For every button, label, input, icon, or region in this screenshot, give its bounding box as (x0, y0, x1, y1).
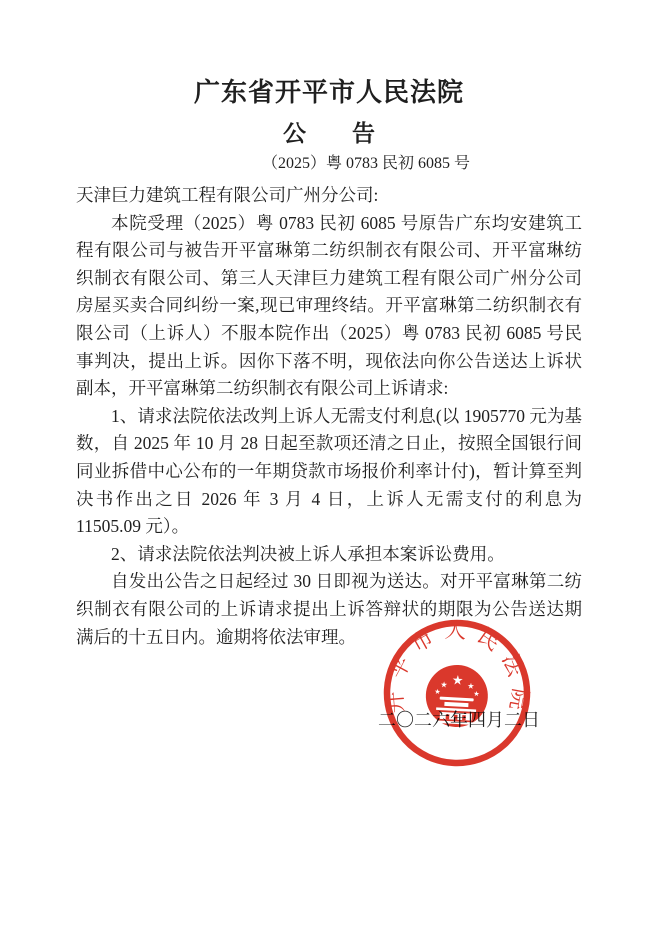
announcement-body: 天津巨力建筑工程有限公司广州分公司: 本院受理（2025）粤 0783 民初 6… (0, 182, 658, 651)
emblem-star-icon: ★ (434, 688, 441, 696)
addressee-line: 天津巨力建筑工程有限公司广州分公司: (76, 182, 582, 210)
emblem-star-icon: ★ (451, 672, 463, 688)
court-name-title: 广东省开平市人民法院 (0, 0, 658, 108)
paragraph-case-summary: 本院受理（2025）粤 0783 民初 6085 号原告广东均安建筑工程有限公司… (76, 210, 582, 403)
national-emblem-icon: ★ ★ ★ ★ ★ (424, 663, 489, 728)
emblem-star-icon: ★ (440, 680, 448, 689)
issue-date: 二〇二六年四月二日 (0, 707, 658, 733)
paragraph-appeal-request-1: 1、请求法院依法改判上诉人无需支付利息(以 1905770 元为基数，自 202… (76, 403, 582, 541)
emblem-star-icon: ★ (473, 690, 480, 698)
document-type-title: 公 告 (0, 121, 658, 147)
paragraph-appeal-request-2: 2、请求法院依法判决被上诉人承担本案诉讼费用。 (76, 541, 582, 569)
case-number: （2025）粤 0783 民初 6085 号 (0, 154, 658, 173)
court-announcement-page: 广东省开平市人民法院 公 告 （2025）粤 0783 民初 6085 号 天津… (0, 0, 658, 931)
official-seal: 开平市人民法院 ★ ★ ★ ★ ★ (378, 614, 536, 772)
